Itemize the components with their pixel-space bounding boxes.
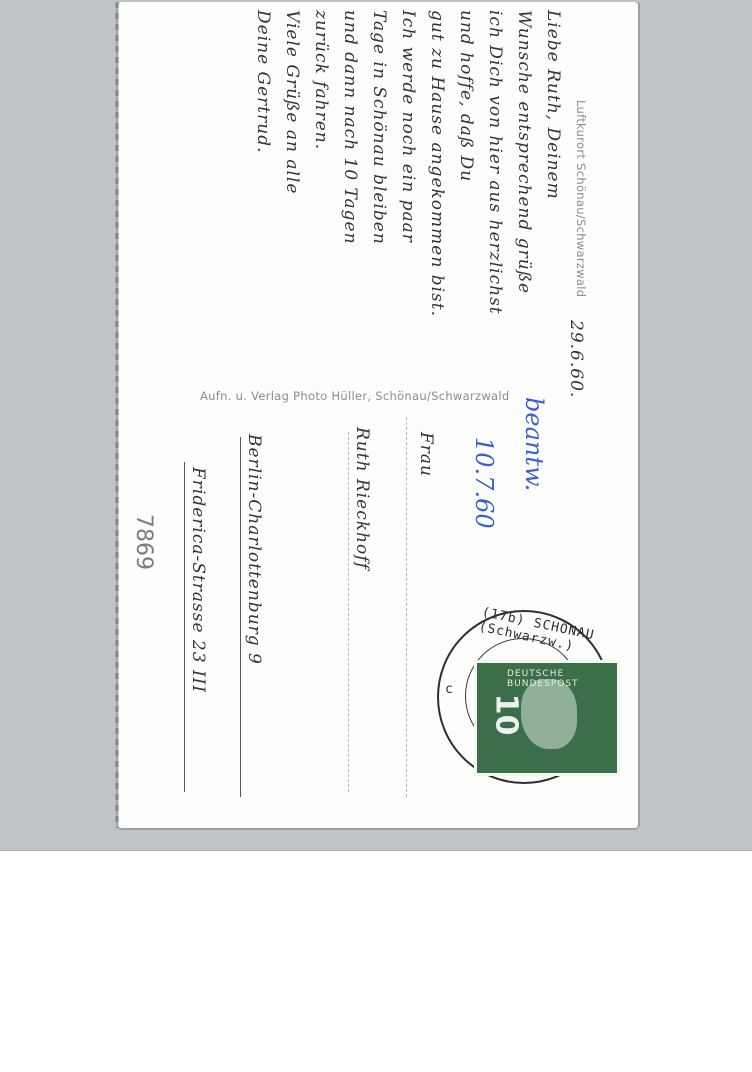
address-underline [184, 462, 185, 792]
address-rule [348, 432, 349, 792]
message-line: Viele Grüße an alle [282, 10, 302, 194]
address-line: Ruth Rieckhoff [352, 427, 372, 570]
stamp-value: 10 [488, 694, 523, 736]
message-date: 29.6.60. [566, 320, 586, 398]
postmark-code: c [445, 682, 454, 697]
message-line: Ich werde noch ein paar [398, 10, 418, 243]
postage-stamp: 10 DEUTSCHE BUNDESPOST [477, 663, 617, 773]
message-line: Liebe Ruth, Deinem [543, 10, 563, 200]
message-line: gut zu Hause angekommen bist. [427, 10, 447, 317]
pencil-annotation: 7869 [131, 514, 156, 570]
message-line: zurück fahren. [311, 10, 331, 150]
scan-background: Luftkurort Schönau/Schwarzwald Aufn. u. … [0, 0, 752, 851]
message-line: Wunsche entsprechend grüße [514, 10, 534, 294]
stamp-country: DEUTSCHE BUNDESPOST [507, 669, 617, 689]
stamp-face: 10 DEUTSCHE BUNDESPOST [477, 663, 617, 773]
message-line: Deine Gertrud. [253, 10, 273, 154]
address-line: Frau [416, 432, 436, 477]
message-line: und dann nach 10 Tagen [340, 10, 360, 245]
blue-annotation-answered: beantw. [520, 397, 548, 491]
message-line: Tage in Schönau bleiben [369, 10, 389, 245]
stamp-portrait-icon [521, 679, 577, 749]
address-underline [240, 437, 241, 797]
printed-publisher: Aufn. u. Verlag Photo Hüller, Schönau/Sc… [200, 389, 510, 403]
address-line: Friderica-Strasse 23 III [188, 467, 208, 693]
address-divider [406, 417, 407, 797]
printed-place: Luftkurort Schönau/Schwarzwald [574, 100, 588, 297]
address-line: Berlin-Charlottenburg 9 [244, 434, 264, 665]
message-line: ich Dich von hier aus herzlichst [485, 10, 505, 315]
blue-annotation-date: 10.7.60 [470, 437, 498, 529]
message-line: und hoffe, daß Du [456, 10, 476, 182]
